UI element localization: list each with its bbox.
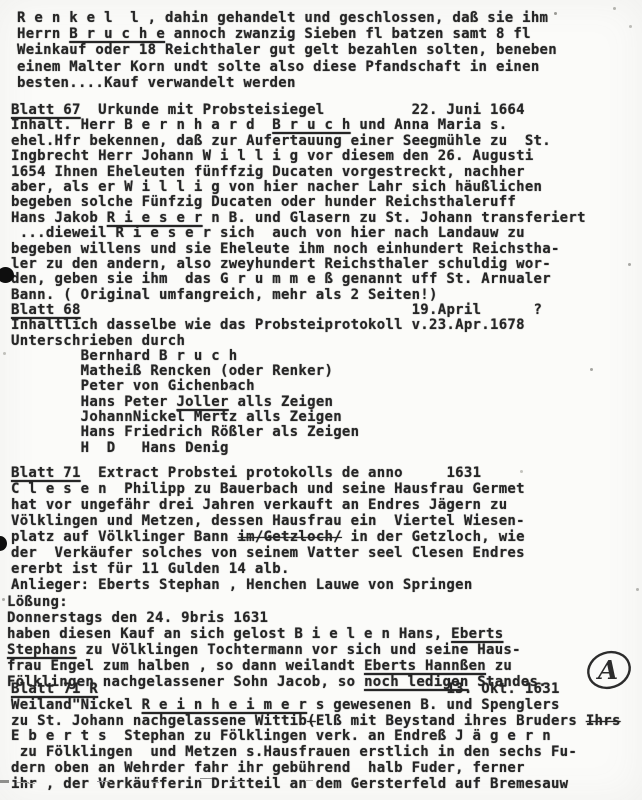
text-segment: R e n k e l l , dahin gehandelt und gesc… <box>17 10 548 26</box>
text-segment: aber, als er W i l l i g von hier nacher… <box>11 179 542 195</box>
section-blatt-68: Blatt 68 19.April ?Inhaltlich dasselbe w… <box>11 303 542 456</box>
text-line: E b e r t s Stephan zu Fölklingen verk. … <box>11 729 621 745</box>
text-segment: annoch zwanzig Sieben fl batzen samt 8 f… <box>165 26 531 42</box>
text-segment: und Anna Maria s. <box>351 117 508 133</box>
text-line: Stephans zu Völklingen Tochtermann vor s… <box>7 642 547 658</box>
text-line: Blatt 71 Extract Probstei protokolls de … <box>11 465 525 481</box>
text-line: zu Fölklingen und Metzen s.Hausfrauen er… <box>11 745 621 761</box>
text-segment: begeben willens und sie Eheleute ihm noc… <box>11 241 560 257</box>
text-segment: in der Getzloch, wie <box>342 529 525 545</box>
text-line: ihr , der Verkäufferin Dritteil an dem G… <box>11 777 621 793</box>
text-segment: C l e s e n Philipp zu Bauerbach und sei… <box>11 481 525 497</box>
text-line: ehel.Hfr bekennen, daß zur Aufertauung e… <box>11 134 586 149</box>
text-segment: alls Zeigen <box>229 394 334 410</box>
document-page: R e n k e l l , dahin gehandelt und gesc… <box>0 0 642 800</box>
text-segment-marked: B r u c h <box>272 117 350 133</box>
text-segment: JohannNickel Mertz alls Zeigen <box>11 409 342 425</box>
text-line: einem Malter Korn undt solte also diese … <box>17 59 557 75</box>
text-segment: Inhalt. Herr B e r n h a r d <box>11 117 272 133</box>
text-segment-marked: Joller <box>176 394 228 410</box>
text-line: Blatt 71 R 13. Okt. 1631 <box>11 682 621 698</box>
text-line: platz auf Völklinger Bann im/Getzloch/ i… <box>11 529 525 545</box>
text-segment: Weinkauf oder 18 Reichthaler gut gelt be… <box>17 42 557 58</box>
scan-noise <box>0 780 9 783</box>
text-line: 1654 Ihnen Eheleuten fünffzig Ducaten vo… <box>11 165 586 180</box>
text-segment: Unterschrieben durch <box>11 333 185 349</box>
text-segment: der Verkäufer solches von seinem Vatter … <box>11 545 525 561</box>
text-line: H D Hans Denig <box>11 441 542 456</box>
text-segment: ererbt ist für 11 Gulden 14 alb. <box>11 561 290 577</box>
text-segment: Anlieger: Eberts Stephan , Henchen Lauwe… <box>11 577 473 593</box>
text-segment: 19.April ? <box>81 302 543 318</box>
text-segment-marked: Stephans <box>7 642 77 658</box>
text-line: den, geben sie ihm das G r u m m e ß gen… <box>11 272 586 287</box>
text-segment: n B. und Glasern zu St. Johann transferi… <box>203 210 586 226</box>
text-segment-marked: B r u c h e <box>69 26 165 42</box>
text-segment: Extract Probstei protokolls de anno 1631 <box>81 465 482 481</box>
text-segment: H D Hans Denig <box>11 440 229 456</box>
text-line: hat vor ungefähr drei Jahren verkauft an… <box>11 497 525 513</box>
text-line: Weiland"Nickel R e i n h e i m e r s gew… <box>11 698 621 714</box>
section-intro: R e n k e l l , dahin gehandelt und gesc… <box>17 10 557 91</box>
text-segment: ler zu den andern, also zweyhundert Reic… <box>11 256 551 272</box>
text-line: Blatt 68 19.April ? <box>11 303 542 318</box>
text-line: Weinkauf oder 18 Reichthaler gut gelt be… <box>17 42 557 58</box>
section-loesung: Lößung:Donnerstags den 24. 9bris 1631hab… <box>7 594 547 690</box>
text-segment: Bernhard B r u c h <box>11 348 237 364</box>
text-segment: E b e r t s Stephan zu Fölklingen verk. … <box>11 728 551 744</box>
text-segment: zu Völklingen Tochtermann vor sich und s… <box>77 642 521 658</box>
text-segment: Ingbrecht Herr Johann W i l l i g vor di… <box>11 148 534 164</box>
scan-speckles <box>0 0 3 3</box>
text-line: begeben solche Fünfzig Ducaten oder hund… <box>11 195 586 210</box>
text-segment-marked: Blatt 67 <box>11 102 81 118</box>
text-line: Bann. ( Original umfangreich, mehr als 2… <box>11 288 586 303</box>
text-line: Lößung: <box>7 594 547 610</box>
text-segment-marked: Eberts <box>451 626 503 642</box>
section-blatt-67: Blatt 67 Urkunde mit Probsteisiegel 22. … <box>11 103 586 303</box>
text-line: Anlieger: Eberts Stephan , Henchen Lauwe… <box>11 577 525 593</box>
text-segment-marked: R e i n h e i m e r <box>142 697 307 713</box>
text-line: Ingbrecht Herr Johann W i l l i g vor di… <box>11 149 586 164</box>
text-line: Unterschrieben durch <box>11 334 542 349</box>
text-segment: ehel.Hfr bekennen, daß zur Aufertauung e… <box>11 133 551 149</box>
text-line: R e n k e l l , dahin gehandelt und gesc… <box>17 10 557 26</box>
text-line: besten....Kauf verwandelt werden <box>17 75 557 91</box>
text-line: Peter von Gichenbach <box>11 379 542 394</box>
text-segment: frau Engel zum halben , so dann weilandt <box>7 658 364 674</box>
text-segment-marked: Blatt 71 <box>11 465 81 481</box>
text-segment-marked: ( <box>307 713 316 729</box>
circled-letter-text: A <box>595 656 618 686</box>
text-segment: Weiland"Nickel <box>11 697 142 713</box>
text-segment: zu <box>486 658 512 674</box>
text-segment: dern oben an Wehrder fahr ihr gebührend … <box>11 760 525 776</box>
text-segment: Hans Friedrich Rößler als Zeigen <box>11 424 359 440</box>
text-segment: Herrn <box>17 26 69 42</box>
text-segment: Urkunde mit Probsteisiegel 22. Juni 1664 <box>81 102 525 118</box>
text-segment: ihr , der Verkäufferin Dritteil an dem G… <box>11 776 568 792</box>
text-line: begeben willens und sie Eheleute ihm noc… <box>11 242 586 257</box>
text-segment: zu Fölklingen und Metzen s.Hausfrauen er… <box>11 744 577 760</box>
text-segment: einem Malter Korn undt solte also diese … <box>17 59 540 75</box>
text-line: Inhaltlich dasselbe wie das Probsteiprot… <box>11 318 542 333</box>
text-line: Völklingen und Metzen, dessen Hausfrau e… <box>11 513 525 529</box>
text-segment-marked: Blatt 71 R <box>11 681 98 697</box>
handwritten-circled-letter: A <box>583 645 635 695</box>
text-segment: 13. Okt. 1631 <box>98 681 560 697</box>
text-segment: platz auf Völklinger Bann <box>11 529 237 545</box>
text-segment: Bann. ( Original umfangreich, mehr als 2… <box>11 287 438 303</box>
text-segment: Donnerstags den 24. 9bris 1631 <box>7 610 268 626</box>
text-segment: 1654 Ihnen Eheleuten fünffzig Ducaten vo… <box>11 164 525 180</box>
text-line: ererbt ist für 11 Gulden 14 alb. <box>11 561 525 577</box>
text-segment: ...dieweil R i e s e r sich auch von hie… <box>11 225 525 241</box>
text-segment: Hans Jakob <box>11 210 107 226</box>
text-segment: Lößung: <box>7 594 68 610</box>
text-segment: Elß mit Beystand ihres Bruders <box>316 713 586 729</box>
section-blatt-71r: Blatt 71 R 13. Okt. 1631Weiland"Nickel R… <box>11 682 621 793</box>
text-segment: haben diesen Kauf an sich gelost B i e l… <box>7 626 451 642</box>
text-line: frau Engel zum halben , so dann weilandt… <box>7 658 547 674</box>
text-segment: zu St. Johann nachgelassene Wittib <box>11 713 307 729</box>
text-segment-marked: im/Getzloch/ <box>237 529 342 545</box>
ink-blot <box>0 536 7 551</box>
text-line: ...dieweil R i e s e r sich auch von hie… <box>11 226 586 241</box>
text-line: Donnerstags den 24. 9bris 1631 <box>7 610 547 626</box>
text-line: Hans Jakob R i e s e r n B. und Glasern … <box>11 211 586 226</box>
text-segment: Völklingen und Metzen, dessen Hausfrau e… <box>11 513 525 529</box>
text-segment-marked: R i e s e r <box>107 210 203 226</box>
text-segment: Inhaltlich dasselbe wie das Probsteiprot… <box>11 317 525 333</box>
section-blatt-71: Blatt 71 Extract Probstei protokolls de … <box>11 465 525 593</box>
text-line: Inhalt. Herr B e r n h a r d B r u c h u… <box>11 118 586 133</box>
text-line: Herrn B r u c h e annoch zwanzig Sieben … <box>17 26 557 42</box>
text-segment: besten....Kauf verwandelt werden <box>17 75 296 91</box>
text-segment-marked: Blatt 68 <box>11 302 81 318</box>
text-line: Hans Friedrich Rößler als Zeigen <box>11 425 542 440</box>
text-line: Bernhard B r u c h <box>11 349 542 364</box>
text-segment: s gewesenen B. und Spenglers <box>307 697 560 713</box>
text-segment: Matheiß Rencken (oder Renker) <box>11 363 333 379</box>
text-line: Hans Peter Joller alls Zeigen <box>11 395 542 410</box>
text-segment: Peter von Gichenbach <box>11 378 255 394</box>
text-line: haben diesen Kauf an sich gelost B i e l… <box>7 626 547 642</box>
text-segment-marked: Ihrs <box>586 713 621 729</box>
text-line: C l e s e n Philipp zu Bauerbach und sei… <box>11 481 525 497</box>
text-segment-marked: Eberts Hannßen <box>364 658 486 674</box>
text-segment: hat vor ungefähr drei Jahren verkauft an… <box>11 497 507 513</box>
text-segment: begeben solche Fünfzig Ducaten oder hund… <box>11 194 516 210</box>
text-segment: Hans Peter <box>11 394 176 410</box>
text-line: der Verkäufer solches von seinem Vatter … <box>11 545 525 561</box>
text-line: dern oben an Wehrder fahr ihr gebührend … <box>11 761 621 777</box>
text-segment: den, geben sie ihm das G r u m m e ß gen… <box>11 271 551 287</box>
